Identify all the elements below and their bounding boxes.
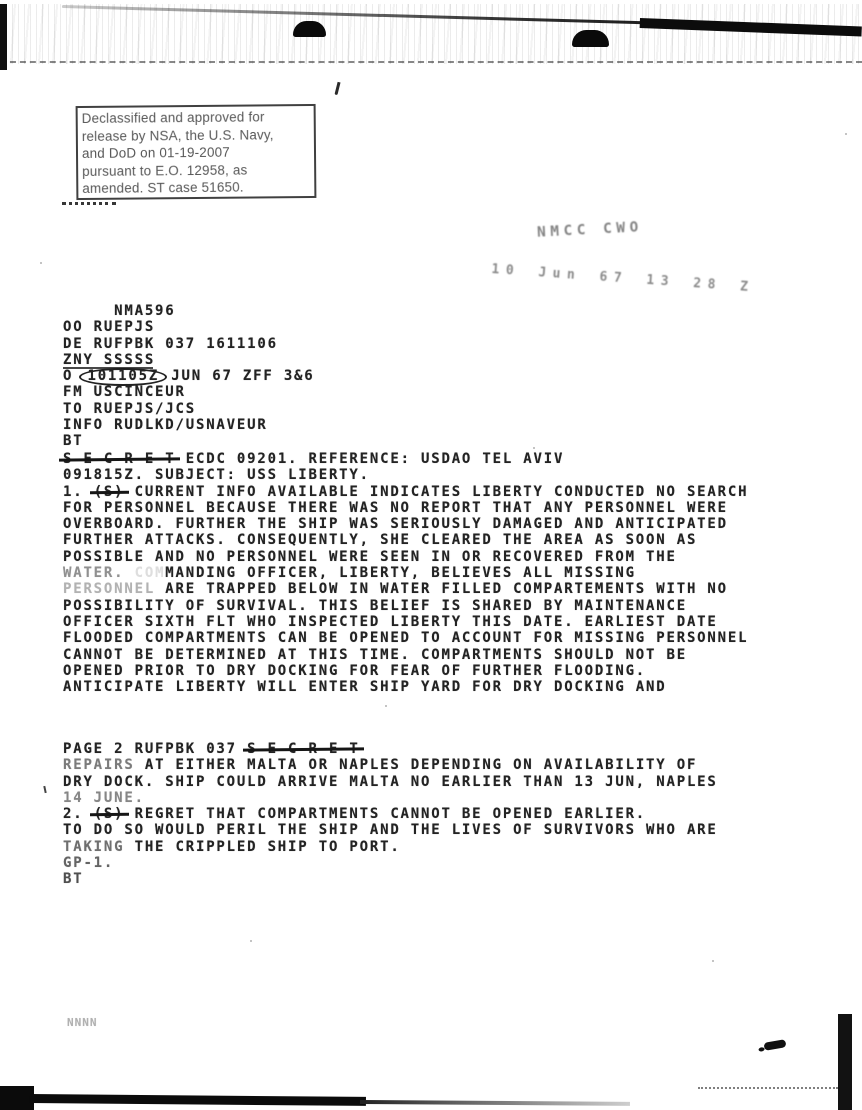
text-segment: BT	[63, 871, 83, 887]
text-segment: TO RUEPJS/JCS	[63, 401, 196, 417]
text-segment: COM	[135, 565, 166, 581]
text-segment: FURTHER ATTACKS. CONSEQUENTLY, SHE CLEAR…	[63, 532, 697, 548]
message-line: ZNY SSSSS	[63, 352, 315, 368]
message-line: OPENED PRIOR TO DRY DOCKING FOR FEAR OF …	[63, 663, 748, 679]
text-segment: OO RUEPJS	[63, 319, 155, 335]
text-segment: TAKING	[63, 839, 124, 855]
message-line: OVERBOARD. FURTHER THE SHIP WAS SERIOUSL…	[63, 516, 748, 532]
scanned-document-page: Declassified and approved for release by…	[0, 0, 862, 1110]
declass-stamp-line: amended. ST case 51650.	[82, 178, 310, 198]
message-line: WATER. COMMANDING OFFICER, LIBERTY, BELI…	[63, 565, 748, 581]
message-line: CANNOT BE DETERMINED AT THIS TIME. COMPA…	[63, 647, 748, 663]
text-segment: DRY DOCK. SHIP COULD ARRIVE MALTA NO EAR…	[63, 774, 718, 790]
text-segment: ARE TRAPPED BELOW IN WATER FILLED COMPAR…	[155, 581, 728, 597]
text-segment: PERSONNEL	[63, 581, 155, 597]
text-segment: BT	[63, 433, 83, 449]
message-line: 091815Z. SUBJECT: USS LIBERTY.	[63, 467, 748, 483]
text-segment: REGRET THAT COMPARTMENTS CANNOT BE OPENE…	[124, 806, 646, 822]
text-segment: DE RUFPBK 037 1611106	[63, 336, 278, 352]
message-line: TO DO SO WOULD PERIL THE SHIP AND THE LI…	[63, 822, 718, 838]
scan-bottom-dashed-line	[698, 1087, 838, 1089]
text-segment: CURRENT INFO AVAILABLE INDICATES LIBERTY…	[124, 484, 748, 500]
scan-bottom-smear	[30, 1094, 366, 1106]
text-segment: MANDING OFFICER, LIBERTY, BELIEVES ALL M…	[165, 565, 636, 581]
message-line: GP-1.	[63, 855, 718, 871]
text-segment: FLOODED COMPARTMENTS CAN BE OPENED TO AC…	[63, 630, 748, 646]
message-line: TO RUEPJS/JCS	[63, 401, 315, 417]
stray-pen-mark	[334, 82, 340, 95]
scan-bottom-corner	[0, 1086, 34, 1110]
declassification-stamp: Declassified and approved for release by…	[76, 104, 317, 200]
declass-stamp-line: release by NSA, the U.S. Navy,	[82, 126, 310, 146]
punch-hole-shadow-right	[572, 30, 609, 47]
message-line: FOR PERSONNEL BECAUSE THERE WAS NO REPOR…	[63, 500, 748, 516]
message-line: O 101105Z JUN 67 ZFF 3&6	[63, 368, 315, 384]
message-line: POSSIBLE AND NO PERSONNEL WERE SEEN IN O…	[63, 549, 748, 565]
text-segment: GP-1.	[63, 855, 114, 871]
message-line: S E C R E T ECDC 09201. REFERENCE: USDAO…	[63, 451, 748, 467]
circled-datetime-group: 101105Z	[79, 368, 167, 386]
text-segment: OPENED PRIOR TO DRY DOCKING FOR FEAR OF …	[63, 663, 646, 679]
text-segment: PAGE 2 RUFPBK 037	[63, 741, 247, 757]
text-segment: NMA596	[63, 303, 176, 319]
struck-secret-marking: S E C R E T	[247, 741, 360, 757]
text-segment: ANTICIPATE LIBERTY WILL ENTER SHIP YARD …	[63, 679, 667, 695]
message-line: PERSONNEL ARE TRAPPED BELOW IN WATER FIL…	[63, 581, 748, 597]
text-segment: 14 JUNE.	[63, 790, 145, 806]
message-line: POSSIBILITY OF SURVIVAL. THIS BELIEF IS …	[63, 598, 748, 614]
message-body: S E C R E T ECDC 09201. REFERENCE: USDAO…	[63, 451, 748, 695]
message-line: BT	[63, 433, 315, 449]
message-line: FURTHER ATTACKS. CONSEQUENTLY, SHE CLEAR…	[63, 532, 748, 548]
text-segment: OVERBOARD. FURTHER THE SHIP WAS SERIOUSL…	[63, 516, 728, 532]
scan-right-edge-bar	[838, 1014, 852, 1110]
text-segment: TO DO SO WOULD PERIL THE SHIP AND THE LI…	[63, 822, 718, 838]
text-segment: 091815Z. SUBJECT: USS LIBERTY.	[63, 467, 370, 483]
scan-corner-mark	[0, 4, 7, 70]
struck-secret-marking: (S)	[94, 806, 125, 822]
text-segment: WATER.	[63, 565, 135, 581]
scan-speck	[712, 960, 714, 962]
message-header: NMA596OO RUEPJSDE RUFPBK 037 1611106ZNY …	[63, 303, 315, 450]
underlined-routing-line: ZNY SSSSS	[63, 352, 155, 368]
message-line: PAGE 2 RUFPBK 037 S E C R E T	[63, 741, 718, 757]
message-line: FLOODED COMPARTMENTS CAN BE OPENED TO AC…	[63, 630, 748, 646]
text-segment: OFFICER SIXTH FLT WHO INSPECTED LIBERTY …	[63, 614, 718, 630]
nmcc-datetime-stamp: 10 Jun 67 13 28 Z	[491, 262, 755, 295]
message-line: DE RUFPBK 037 1611106	[63, 336, 315, 352]
message-line: INFO RUDLKD/USNAVEUR	[63, 417, 315, 433]
scan-speck	[40, 262, 42, 264]
text-segment: REPAIRS	[63, 757, 135, 773]
text-segment: FM USCINCEUR	[63, 384, 186, 400]
scan-speck	[845, 133, 847, 135]
stray-tick-mark	[43, 786, 46, 793]
struck-secret-marking: S E C R E T	[63, 451, 176, 467]
message-line: OFFICER SIXTH FLT WHO INSPECTED LIBERTY …	[63, 614, 748, 630]
text-segment: AT EITHER MALTA OR NAPLES DEPENDING ON A…	[135, 757, 698, 773]
text-segment: CANNOT BE DETERMINED AT THIS TIME. COMPA…	[63, 647, 687, 663]
nmcc-cwo-stamp: NMCC CWO	[537, 219, 644, 241]
message-line: ANTICIPATE LIBERTY WILL ENTER SHIP YARD …	[63, 679, 748, 695]
message-line: 14 JUNE.	[63, 790, 718, 806]
scan-noise-band	[0, 4, 862, 64]
declass-stamp-line: pursuant to E.O. 12958, as	[82, 161, 310, 181]
scan-bottom-smear-tail	[360, 1100, 630, 1106]
text-segment: INFO RUDLKD/USNAVEUR	[63, 417, 268, 433]
ink-blob	[763, 1039, 786, 1051]
declass-stamp-line: Declassified and approved for	[82, 108, 310, 128]
text-segment: THE CRIPPLED SHIP TO PORT.	[124, 839, 400, 855]
scan-speck	[385, 705, 387, 707]
text-segment: POSSIBILITY OF SURVIVAL. THIS BELIEF IS …	[63, 598, 687, 614]
message-line: REPAIRS AT EITHER MALTA OR NAPLES DEPEND…	[63, 757, 718, 773]
message-line: FM USCINCEUR	[63, 384, 315, 400]
message-line: TAKING THE CRIPPLED SHIP TO PORT.	[63, 839, 718, 855]
declass-stamp-line: and DoD on 01-19-2007	[82, 143, 310, 163]
struck-secret-marking: (S)	[94, 484, 125, 500]
stamp-dotted-underline	[62, 202, 116, 205]
text-segment: FOR PERSONNEL BECAUSE THERE WAS NO REPOR…	[63, 500, 728, 516]
text-segment: JUN 67 ZFF 3&6	[161, 368, 314, 384]
scan-speck	[250, 940, 252, 942]
message-line: 1. (S) CURRENT INFO AVAILABLE INDICATES …	[63, 484, 748, 500]
message-page2: PAGE 2 RUFPBK 037 S E C R E TREPAIRS AT …	[63, 741, 718, 888]
punch-hole-shadow-left	[293, 21, 326, 37]
message-trailer-nnnn: NNNN	[67, 1015, 98, 1031]
text-segment: POSSIBLE AND NO PERSONNEL WERE SEEN IN O…	[63, 549, 677, 565]
scan-speck	[533, 447, 535, 449]
message-line: 2. (S) REGRET THAT COMPARTMENTS CANNOT B…	[63, 806, 718, 822]
text-segment: ECDC 09201. REFERENCE: USDAO TEL AVIV	[176, 451, 565, 467]
message-line: DRY DOCK. SHIP COULD ARRIVE MALTA NO EAR…	[63, 774, 718, 790]
message-line: OO RUEPJS	[63, 319, 315, 335]
message-line: BT	[63, 871, 718, 887]
scan-noise-dashed-edge	[0, 61, 862, 63]
message-line: NMA596	[63, 303, 315, 319]
